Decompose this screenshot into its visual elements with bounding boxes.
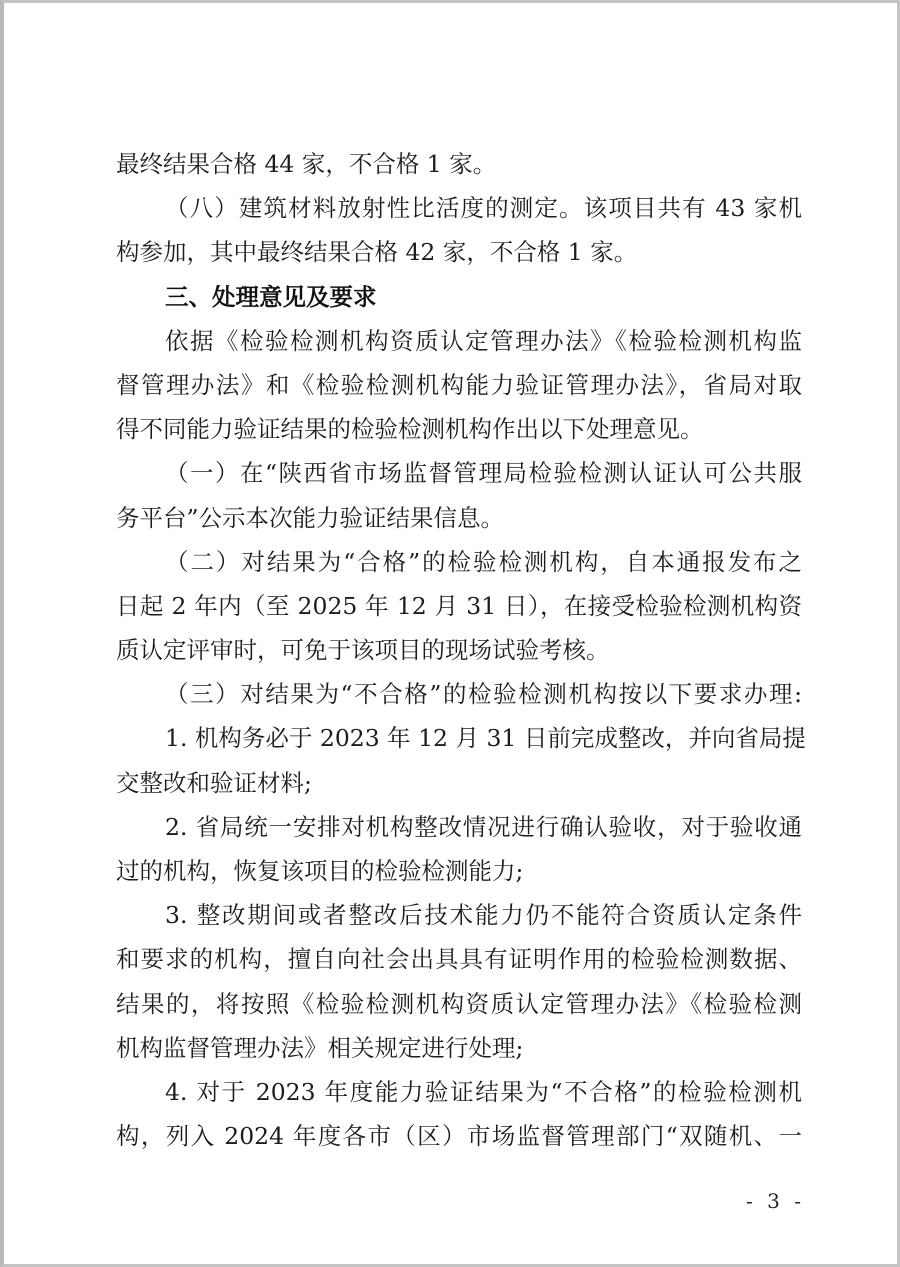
- text-line: 构参加，其中最终结果合格 42 家，不合格 1 家。: [116, 230, 802, 274]
- text-line: 依据《检验检测机构资质认定管理办法》《检验检测机构监: [116, 319, 802, 363]
- document-body: 最终结果合格 44 家，不合格 1 家。 （八）建筑材料放射性比活度的测定。该项…: [116, 142, 802, 1158]
- text-line: 过的机构，恢复该项目的检验检测能力;: [116, 849, 802, 893]
- text-line: 日起 2 年内（至 2025 年 12 月 31 日），在接受检验检测机构资: [116, 584, 802, 628]
- text-line: 4. 对于 2023 年度能力验证结果为“不合格”的检验检测机: [116, 1070, 802, 1114]
- text-line: 和要求的机构，擅自向社会出具具有证明作用的检验检测数据、: [116, 937, 802, 981]
- text-line: 1. 机构务必于 2023 年 12 月 31 日前完成整改，并向省局提: [116, 716, 802, 760]
- text-line: 机构监督管理办法》相关规定进行处理;: [116, 1026, 802, 1070]
- document-page: 最终结果合格 44 家，不合格 1 家。 （八）建筑材料放射性比活度的测定。该项…: [0, 0, 900, 1267]
- text-line: 督管理办法》和《检验检测机构能力验证管理办法》，省局对取: [116, 363, 802, 407]
- section-heading: 三、处理意见及要求: [116, 275, 802, 319]
- text-line: 结果的，将按照《检验检测机构资质认定管理办法》《检验检测: [116, 982, 802, 1026]
- text-line: 3. 整改期间或者整改后技术能力仍不能符合资质认定条件: [116, 893, 802, 937]
- page-number: - 3 -: [746, 1189, 805, 1213]
- text-line: （八）建筑材料放射性比活度的测定。该项目共有 43 家机: [116, 186, 802, 230]
- text-line: 质认定评审时，可免于该项目的现场试验考核。: [116, 628, 802, 672]
- text-line: 务平台”公示本次能力验证结果信息。: [116, 496, 802, 540]
- text-line: 最终结果合格 44 家，不合格 1 家。: [116, 142, 802, 186]
- text-line: （一）在“陕西省市场监督管理局检验检测认证认可公共服: [116, 451, 802, 495]
- text-line: （二）对结果为“合格”的检验检测机构，自本通报发布之: [116, 540, 802, 584]
- text-line: 交整改和验证材料;: [116, 761, 802, 805]
- text-line: 构，列入 2024 年度各市（区）市场监督管理部门“双随机、一: [116, 1114, 802, 1158]
- text-line: （三）对结果为“不合格”的检验检测机构按以下要求办理:: [116, 672, 802, 716]
- text-line: 得不同能力验证结果的检验检测机构作出以下处理意见。: [116, 407, 802, 451]
- text-line: 2. 省局统一安排对机构整改情况进行确认验收，对于验收通: [116, 805, 802, 849]
